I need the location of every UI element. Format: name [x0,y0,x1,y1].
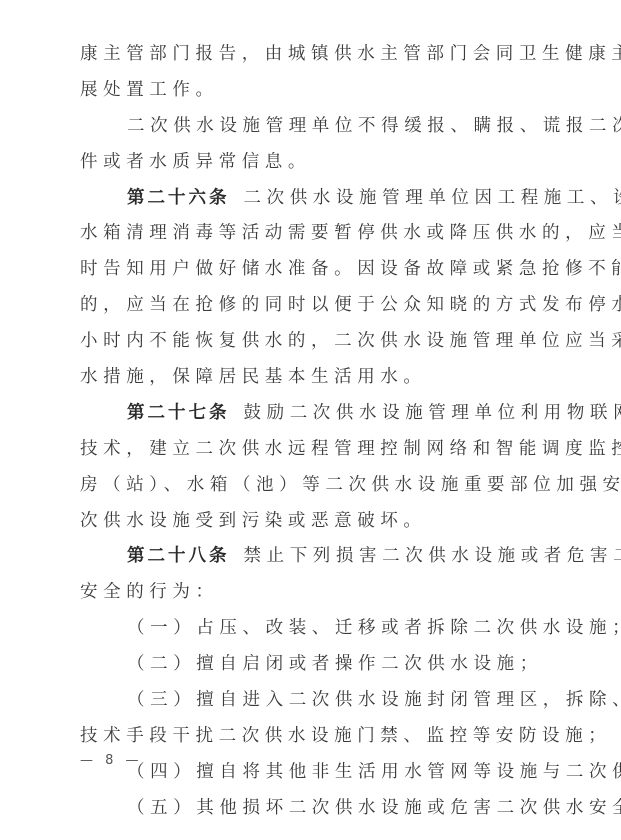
text-line: 小时内不能恢复供水的，二次供水设施管理单位应当采取临时供 [80,324,550,360]
article-26-heading: 第二十六条二次供水设施管理单位因工程施工、设备维修、 [80,181,550,217]
article-27-heading: 第二十七条鼓励二次供水设施管理单位利用物联网等先进 [80,396,550,432]
list-item: （二）擅自启闭或者操作二次供水设施； [80,647,550,683]
article-number: 第二十七条 [127,403,230,423]
text-line: 水措施，保障居民基本生活用水。 [80,360,550,396]
article-28-heading: 第二十八条禁止下列损害二次供水设施或者危害二次供水 [80,539,550,575]
paragraph-start: 二次供水设施管理单位不得缓报、瞒报、谎报二次供水突发事 [80,109,550,145]
list-item: （四）擅自将其他非生活用水管网等设施与二次供水设施连接； [80,755,550,791]
text-line: 房（站）、水箱（池）等二次供水设施重要部位加强安全管理，防止二 [80,468,550,504]
text-line: 时告知用户做好储水准备。因设备故障或紧急抢修不能提前通知 [80,252,550,288]
text-line: 的，应当在抢修的同时以便于公众知晓的方式发布停水信息，24 [80,288,550,324]
list-item: （三）擅自进入二次供水设施封闭管理区，拆除、破坏或者使用 [80,683,550,719]
text-line: 件或者水质异常信息。 [80,145,550,181]
list-item: （一）占压、改装、迁移或者拆除二次供水设施； [80,611,550,647]
article-number: 第二十六条 [127,188,230,208]
page-number: — 8 — [80,753,143,768]
text-line: 展处置工作。 [80,73,550,109]
text-line: 次供水设施受到污染或恶意破坏。 [80,504,550,540]
text-line: 安全的行为： [80,575,550,611]
text-line: 水箱清理消毒等活动需要暂停供水或降压供水的，应当提前24小 [80,216,550,252]
list-item: （五）其他损坏二次供水设施或危害二次供水安全的活动。 [80,791,550,827]
text-line: 技术，建立二次供水远程管理控制网络和智能调度监控系统，对泵 [80,432,550,468]
text-line: 技术手段干扰二次供水设施门禁、监控等安防设施； [80,719,550,755]
document-page: 康主管部门报告，由城镇供水主管部门会同卫生健康主管部门开 展处置工作。 二次供水… [80,37,550,827]
text-line: 康主管部门报告，由城镇供水主管部门会同卫生健康主管部门开 [80,37,550,73]
article-number: 第二十八条 [127,546,230,566]
